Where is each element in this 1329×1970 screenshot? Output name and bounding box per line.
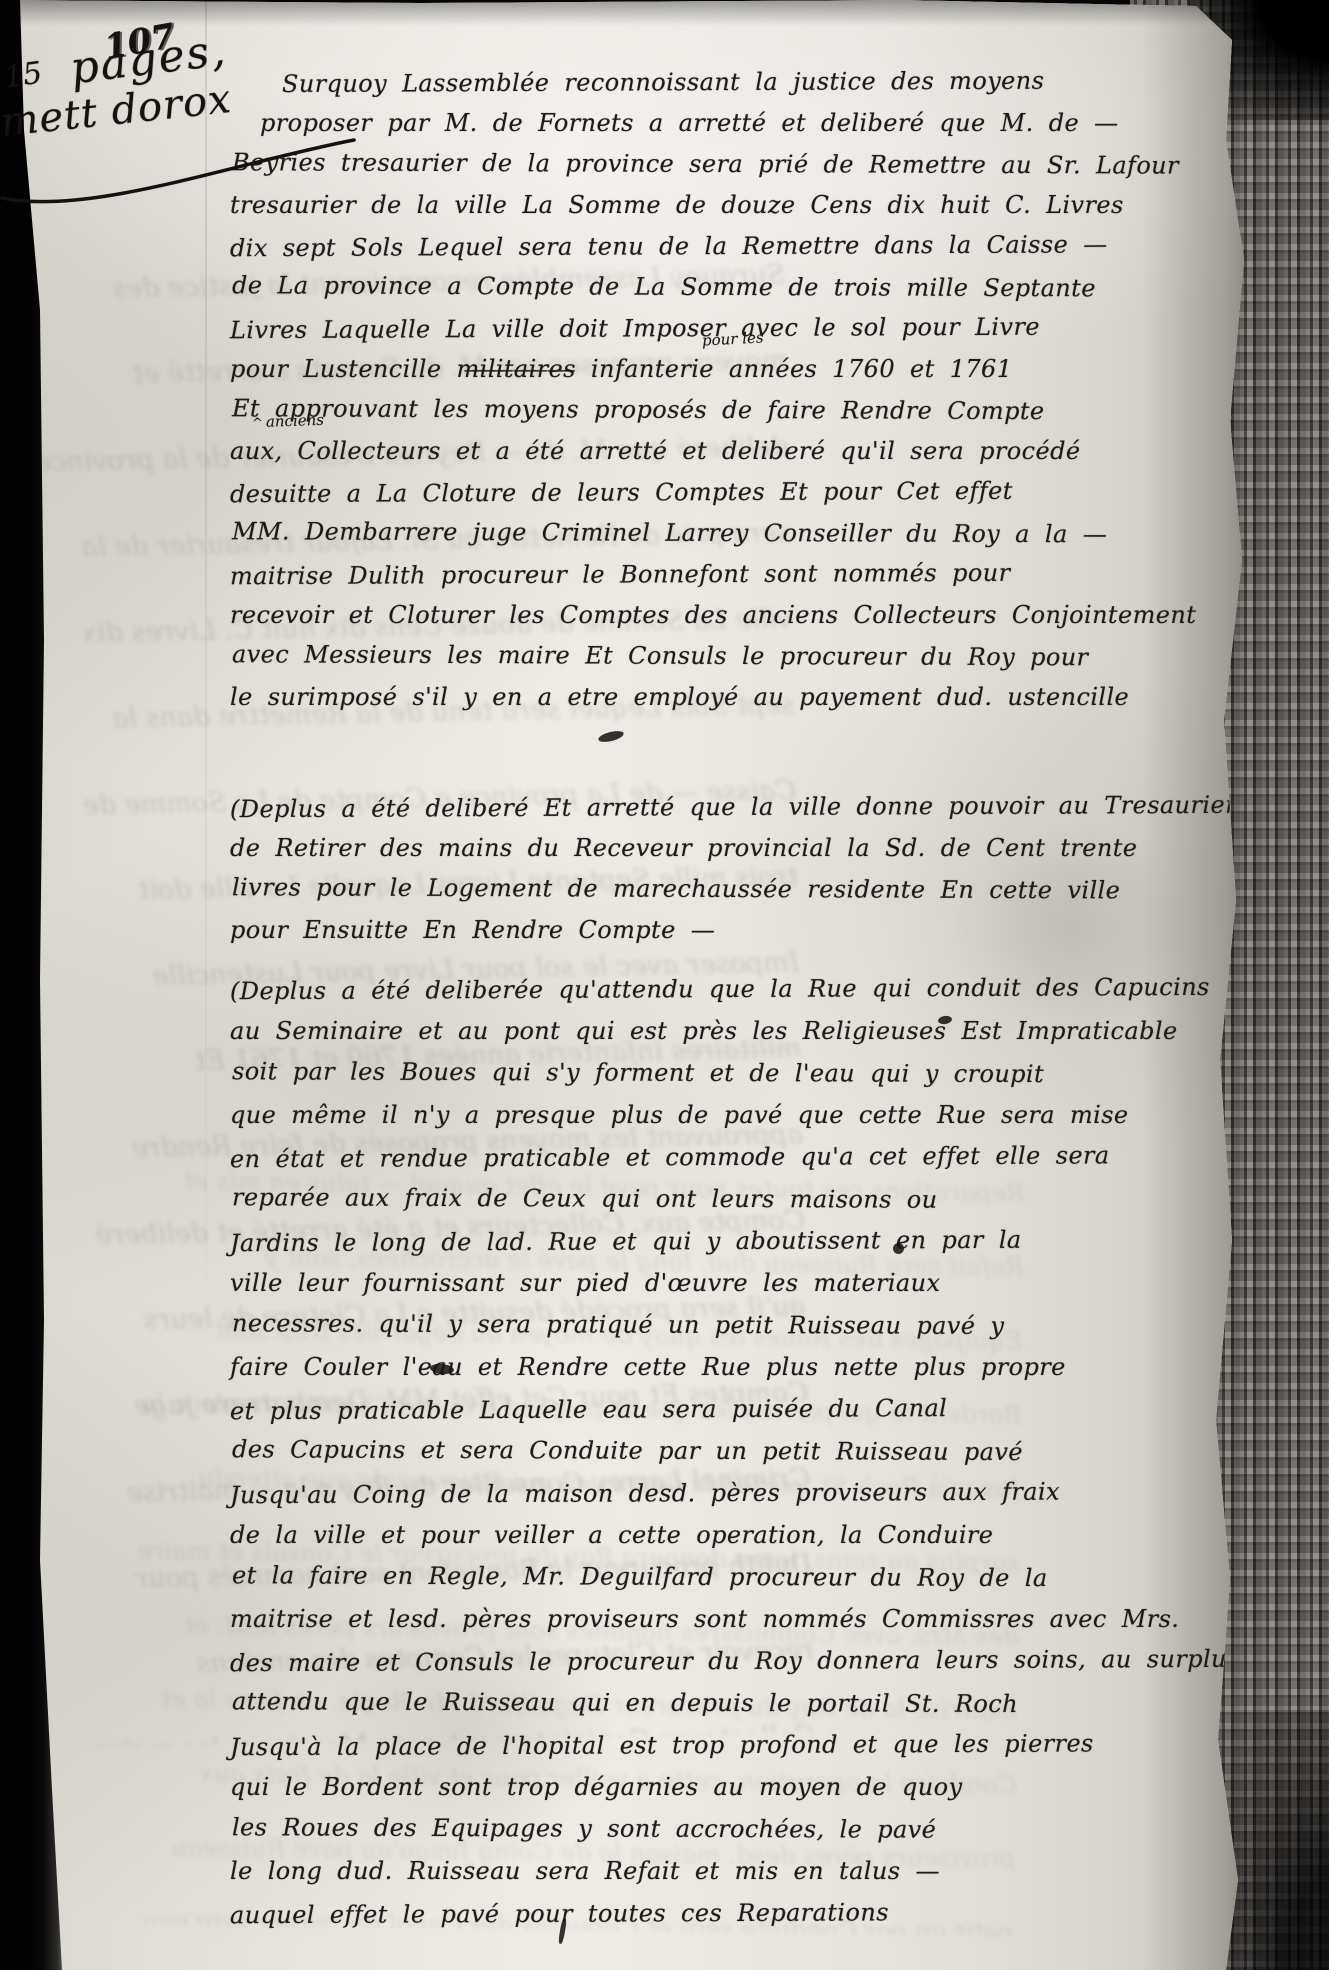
text-line: necessres. qu'il y sera pratiqué un peti…	[232, 1302, 1237, 1348]
text-line: que même il n'y a presque plus de pavé q…	[230, 1094, 1235, 1136]
text-line: et plus praticable Laquelle eau sera pui…	[230, 1386, 1235, 1432]
text-line: de la ville et pour veiller a cette oper…	[230, 1514, 1235, 1556]
ink-blot	[893, 1243, 904, 1254]
text-line: attendu que le Ruisseau qui en depuis le…	[232, 1680, 1237, 1726]
text-line: le surimposé s'il y en a etre employé au…	[230, 677, 1235, 718]
text-line: ville leur fournissant sur pied d'œuvre …	[230, 1262, 1235, 1304]
text-line: Beyries tresaurier de la province sera p…	[232, 142, 1237, 187]
text-line: au Seminaire et au pont qui est près les…	[230, 1010, 1235, 1052]
text-line: des Capucins et sera Conduite par un pet…	[232, 1428, 1237, 1474]
text-line: (Deplus a été deliberée qu'attendu que l…	[230, 966, 1235, 1012]
text-line: desuitte a La Cloture de leurs Comptes E…	[230, 470, 1235, 515]
text-line: de Retirer des mains du Receveur provinc…	[230, 828, 1235, 869]
margin-number: 15	[2, 56, 45, 96]
text-line: en état et rendue praticable et commode …	[230, 1134, 1235, 1180]
text-line: tresaurier de la ville La Somme de douze…	[230, 185, 1235, 226]
page-fold-line	[205, 0, 207, 1450]
text-line: des maire et Consuls le procureur du Roy…	[230, 1638, 1235, 1684]
text-line: maitrise Dulith procureur le Bonnefont s…	[230, 552, 1235, 597]
text-line: MM. Dembarrere juge Criminel Larrey Cons…	[232, 511, 1237, 556]
paragraph: Surquoy Lassemblée reconnoissant la just…	[230, 62, 1235, 718]
text-line: et la faire en Regle, Mr. Deguilfard pro…	[232, 1554, 1237, 1600]
manuscript-scan: Surquoy Lassemblée reconnoissant la just…	[0, 0, 1329, 1970]
text-line: recevoir et Cloturer les Comptes des anc…	[230, 595, 1235, 636]
text-line: Jardins le long de lad. Rue et qui y abo…	[230, 1218, 1235, 1264]
text-line: soit par les Boues qui s'y forment et de…	[232, 1050, 1237, 1096]
text-line: aux, Collecteurs et a été arretté et del…	[230, 431, 1235, 472]
text-line: les Roues des Equipages y sont accrochée…	[232, 1806, 1237, 1852]
paragraph: (Deplus a été deliberé Et arretté que la…	[230, 787, 1235, 951]
text-line: Jusqu'au Coing de la maison desd. pères …	[230, 1470, 1235, 1516]
text-line: le long dud. Ruisseau sera Refait et mis…	[230, 1850, 1235, 1892]
text-line: Surquoy Lassemblée reconnoissant la just…	[230, 60, 1235, 105]
text-line: pour Lustencille m̶i̶l̶i̶t̶a̶i̶r̶e̶s̶ in…	[230, 349, 1235, 390]
text-line: maitrise et lesd. pères proviseurs sont …	[230, 1598, 1235, 1640]
text-line: avec Messieurs les maire Et Consuls le p…	[232, 634, 1237, 679]
manuscript-page: Surquoy Lassemblée reconnoissant la just…	[0, 0, 1262, 1970]
text-line: de La province a Compte de La Somme de t…	[232, 265, 1237, 310]
page-top-shadow	[0, 0, 1262, 26]
text-line: pour Ensuitte En Rendre Compte —	[230, 910, 1235, 951]
text-line: (Deplus a été deliberé Et arretté que la…	[230, 785, 1235, 830]
interlinear-insertion: anciens	[252, 411, 325, 432]
text-line: Jusqu'à la place de l'hopital est trop p…	[230, 1722, 1235, 1768]
text-line: livres pour le Logement de marechaussée …	[232, 867, 1237, 912]
text-line: faire Couler l'eau et Rendre cette Rue p…	[230, 1346, 1235, 1388]
text-line: auquel effet le pavé pour toutes ces Rep…	[230, 1890, 1235, 1936]
text-line: dix sept Sols Lequel sera tenu de la Rem…	[230, 224, 1235, 269]
flourish-line	[0, 120, 360, 210]
text-line: Et approuvant les moyens proposés de fai…	[232, 388, 1237, 433]
text-line: proposer par M. de Fornets a arretté et …	[230, 103, 1235, 144]
text-line: reparée aux fraix de Ceux qui ont leurs …	[232, 1176, 1237, 1222]
interlinear-insertion: pour les	[702, 328, 764, 349]
text-line: qui le Bordent sont trop dégarnies au mo…	[230, 1766, 1235, 1808]
paragraph: (Deplus a été deliberée qu'attendu que l…	[230, 968, 1235, 1934]
